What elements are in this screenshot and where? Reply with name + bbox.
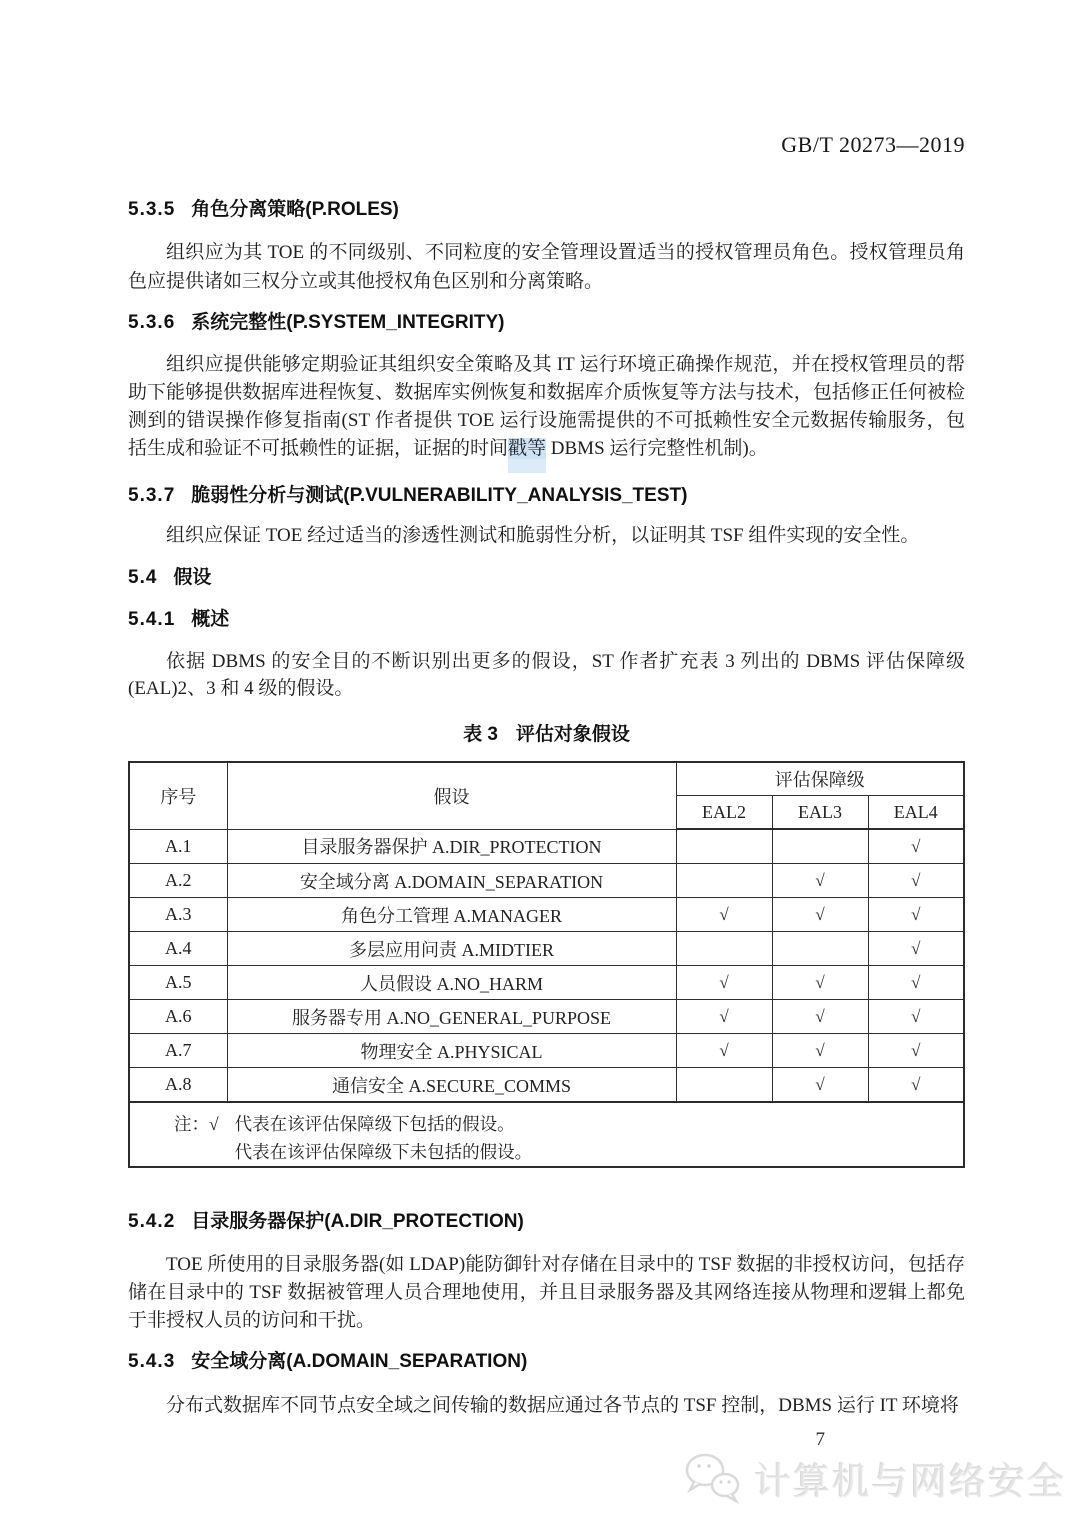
header-seq: 序号 [129,762,227,829]
row-id: A.2 [129,864,227,898]
table-caption-number: 表 3 [463,724,498,745]
section-heading-5-4-3: 5.4.3安全域分离(A.DOMAIN_SEPARATION) [128,1349,965,1375]
table-row: A.6 服务器专用 A.NO_GENERAL_PURPOSE √ √ √ [129,1000,964,1034]
section-heading-5-4-2: 5.4.2目录服务器保护(A.DIR_PROTECTION) [128,1209,965,1235]
assumption-label: 目录服务器保护 A.DIR_PROTECTION [227,829,676,864]
section-title: 系统完整性(P.SYSTEM_INTEGRITY) [191,312,504,333]
check-eal3: √ [772,1034,868,1068]
document-page: GB/T 20273—2019 5.3.5角色分离策略(P.ROLES) 组织应… [0,0,1080,1527]
watermark: 计算机与网络安全 [680,1449,1066,1507]
check-eal4: √ [868,932,964,966]
row-id: A.7 [129,1034,227,1068]
check-eal3: √ [772,1068,868,1103]
row-id: A.3 [129,898,227,932]
check-eal2: √ [676,898,772,932]
row-id: A.8 [129,1068,227,1103]
note-label: 注：√ [174,1110,219,1166]
note-line-excluded: 代表在该评估保障级下未包括的假设。 [235,1138,533,1166]
header-eal-group: 评估保障级 [676,762,964,796]
section-heading-5-3-6: 5.3.6系统完整性(P.SYSTEM_INTEGRITY) [128,310,965,336]
header-eal4: EAL4 [868,796,964,830]
paragraph-5-3-6: 组织应提供能够定期验证其组织安全策略及其 IT 运行环境正确操作规范，并在授权管… [128,351,965,463]
assumption-label: 服务器专用 A.NO_GENERAL_PURPOSE [227,1000,676,1034]
check-eal4: √ [868,1068,964,1103]
note-line-included: 代表在该评估保障级下包括的假设。 [235,1110,533,1138]
section-number: 5.3.7 [128,483,175,509]
check-eal4: √ [868,1034,964,1068]
section-title: 安全域分离(A.DOMAIN_SEPARATION) [191,1351,527,1372]
check-eal3: √ [772,966,868,1000]
section-title: 角色分离策略(P.ROLES) [191,199,399,220]
table-caption: 表 3评估对象假设 [128,722,965,748]
check-eal2 [676,1068,772,1103]
section-number: 5.3.6 [128,310,175,336]
paragraph-text: DBMS 运行完整性机制)。 [546,438,768,459]
assumption-label: 人员假设 A.NO_HARM [227,966,676,1000]
table-row: A.5 人员假设 A.NO_HARM √ √ √ [129,966,964,1000]
header-eal3: EAL3 [772,796,868,830]
page-content: GB/T 20273—2019 5.3.5角色分离策略(P.ROLES) 组织应… [0,0,1080,1452]
assumption-label: 通信安全 A.SECURE_COMMS [227,1068,676,1103]
check-eal2: √ [676,966,772,1000]
section-title: 脆弱性分析与测试(P.VULNERABILITY_ANALYSIS_TEST) [191,485,687,506]
assumptions-table: 序号 假设 评估保障级 EAL2 EAL3 EAL4 A.1 目录服务器保护 A… [128,761,965,1168]
table-row: A.3 角色分工管理 A.MANAGER √ √ √ [129,898,964,932]
table-note-row: 注：√ 代表在该评估保障级下包括的假设。 代表在该评估保障级下未包括的假设。 [129,1102,964,1167]
section-heading-5-3-7: 5.3.7脆弱性分析与测试(P.VULNERABILITY_ANALYSIS_T… [128,483,965,509]
section-heading-5-4-1: 5.4.1概述 [128,607,965,633]
paragraph-5-3-5: 组织应为其 TOE 的不同级别、不同粒度的安全管理设置适当的授权管理员角色。授权… [128,238,965,296]
assumption-label: 多层应用问责 A.MIDTIER [227,932,676,966]
section-heading-5-4: 5.4假设 [128,565,965,591]
check-eal2: √ [676,1000,772,1034]
check-eal3 [772,932,868,966]
check-eal2 [676,829,772,864]
check-eal3: √ [772,898,868,932]
table-row: A.8 通信安全 A.SECURE_COMMS √ √ [129,1068,964,1103]
check-eal4: √ [868,1000,964,1034]
section-title: 目录服务器保护(A.DIR_PROTECTION) [191,1211,524,1232]
row-id: A.4 [129,932,227,966]
section-heading-5-3-5: 5.3.5角色分离策略(P.ROLES) [128,197,965,223]
check-eal3: √ [772,864,868,898]
row-id: A.5 [129,966,227,1000]
note-lines: 代表在该评估保障级下包括的假设。 代表在该评估保障级下未包括的假设。 [235,1110,533,1166]
row-id: A.6 [129,1000,227,1034]
paragraph-5-4-3: 分布式数据库不同节点安全域之间传输的数据应通过各节点的 TSF 控制，DBMS … [128,1392,965,1420]
section-number: 5.4.3 [128,1349,175,1375]
section-number: 5.4 [128,565,157,591]
header-eal2: EAL2 [676,796,772,830]
check-eal4: √ [868,898,964,932]
section-title: 概述 [191,609,229,630]
table-row: A.1 目录服务器保护 A.DIR_PROTECTION √ [129,829,964,864]
section-number: 5.3.5 [128,197,175,223]
section-number: 5.4.1 [128,607,175,633]
table-header-row-1: 序号 假设 评估保障级 [129,762,964,796]
check-eal3: √ [772,1000,868,1034]
watermark-text: 计算机与网络安全 [754,1451,1066,1505]
table-row: A.2 安全域分离 A.DOMAIN_SEPARATION √ √ [129,864,964,898]
check-eal4: √ [868,966,964,1000]
section-number: 5.4.2 [128,1209,175,1235]
check-eal3 [772,829,868,864]
paragraph-5-3-7: 组织应保证 TOE 经过适当的渗透性测试和脆弱性分析，以证明其 TSF 组件实现… [128,522,965,550]
check-eal4: √ [868,864,964,898]
row-id: A.1 [129,829,227,864]
table-note: 注：√ 代表在该评估保障级下包括的假设。 代表在该评估保障级下未包括的假设。 [130,1103,963,1166]
highlighted-text: 戳等 [508,438,546,459]
table-row: A.4 多层应用问责 A.MIDTIER √ [129,932,964,966]
header-assumption: 假设 [227,762,676,829]
table-note-cell: 注：√ 代表在该评估保障级下包括的假设。 代表在该评估保障级下未包括的假设。 [129,1102,964,1167]
check-eal2: √ [676,1034,772,1068]
table-row: A.7 物理安全 A.PHYSICAL √ √ √ [129,1034,964,1068]
check-eal2 [676,864,772,898]
check-eal4: √ [868,829,964,864]
paragraph-5-4-1: 依据 DBMS 的安全目的不断识别出更多的假设，ST 作者扩充表 3 列出的 D… [128,648,965,702]
assumption-label: 角色分工管理 A.MANAGER [227,898,676,932]
wechat-icon [680,1449,744,1507]
standard-number: GB/T 20273—2019 [128,131,965,158]
check-eal2 [676,932,772,966]
assumption-label: 物理安全 A.PHYSICAL [227,1034,676,1068]
paragraph-5-4-2: TOE 所使用的目录服务器(如 LDAP)能防御针对存储在目录中的 TSF 数据… [128,1251,965,1335]
section-title: 假设 [173,567,211,588]
assumption-label: 安全域分离 A.DOMAIN_SEPARATION [227,864,676,898]
table-caption-title: 评估对象假设 [516,724,630,745]
